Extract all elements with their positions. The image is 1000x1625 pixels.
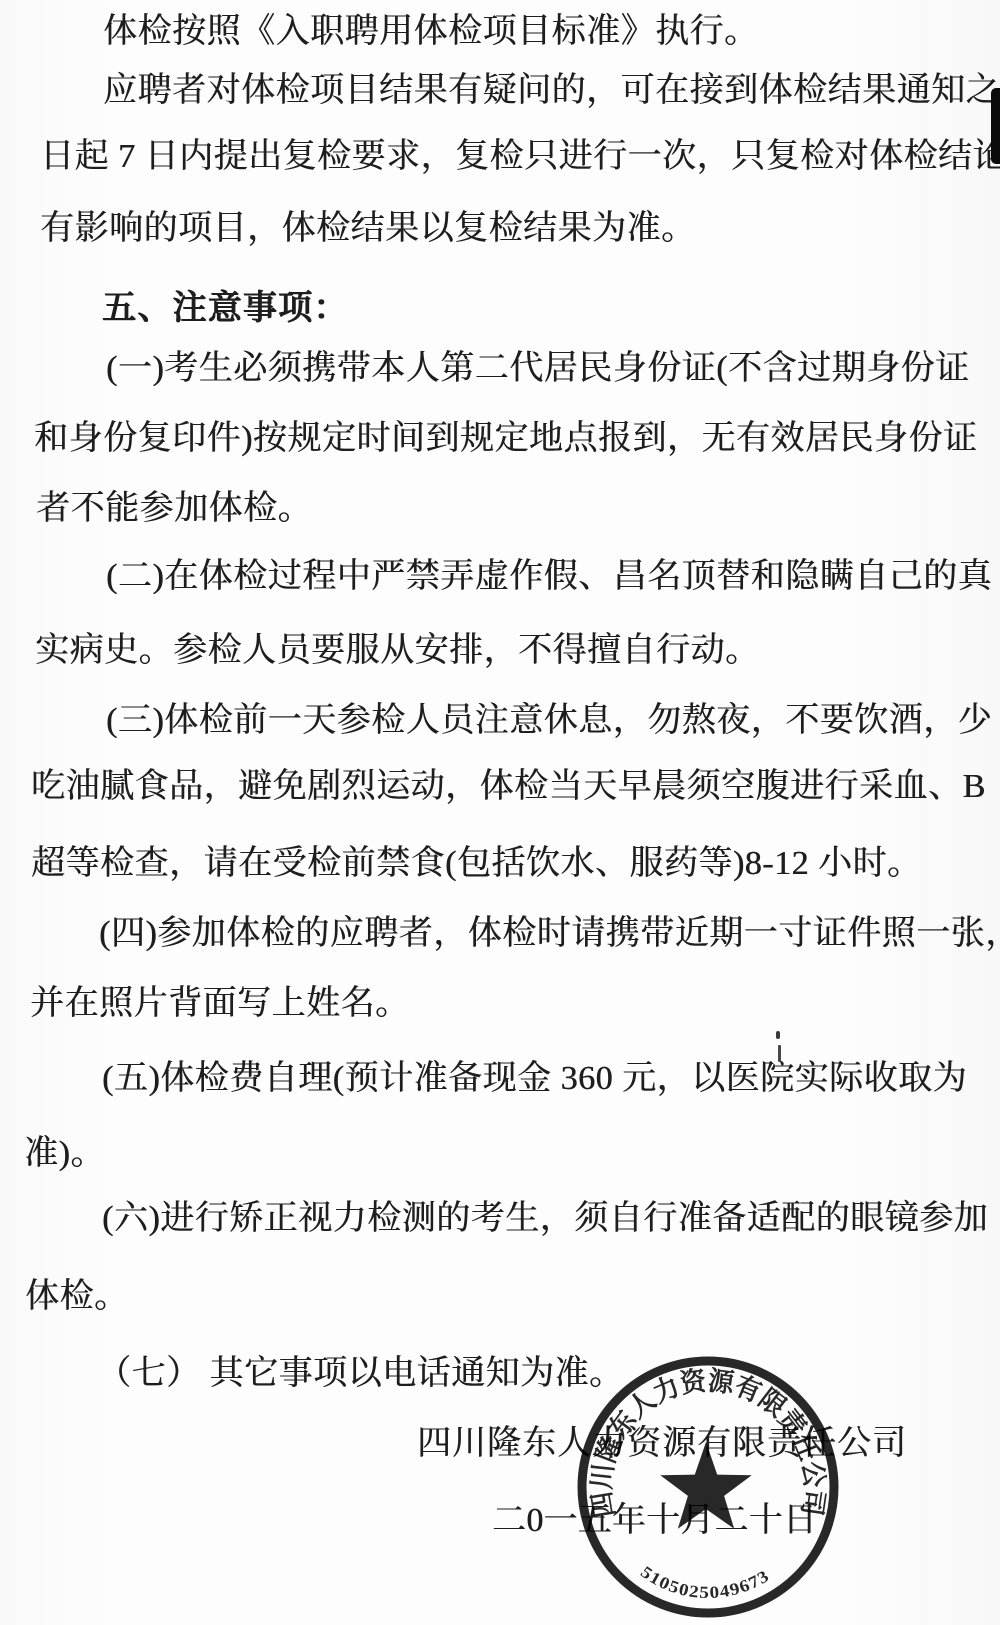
para-recheck-line-2: 日起 7 日内提出复检要求，复检只进行一次，只复检对体检结论 (40, 137, 1000, 177)
note-item-4-line-1: (四)参加体检的应聘者，体检时请携带近期一寸证件照一张， (99, 914, 1000, 954)
note-item-6-line-2: 体检。 (25, 1277, 129, 1317)
para-recheck-line-3: 有影响的项目，体检结果以复检结果为准。 (40, 209, 696, 249)
scanned-document-page: 体检按照《入职聘用体检项目标准》执行。 应聘者对体检项目结果有疑问的，可在接到体… (0, 0, 1000, 1625)
signature-date: 二0一五年十月二十日 (492, 1501, 817, 1541)
note-item-5-line-1: (五)体检费自理(预计准备现金 360 元，以医院实际收取为 (102, 1059, 967, 1099)
seal-serial-number: 5105025049673 (637, 1562, 773, 1602)
note-item-1-line-1: (一)考生必须携带本人第二代居民身份证(不含过期身份证 (106, 349, 969, 389)
note-item-3-line-1: (三)体检前一天参检人员注意休息，勿熬夜，不要饮酒，少 (106, 701, 992, 741)
para-recheck-line-1: 应聘者对体检项目结果有疑问的，可在接到体检结果通知之 (103, 71, 1000, 111)
para-exam-standard: 体检按照《入职聘用体检项目标准》执行。 (103, 12, 759, 52)
scan-edge-artifact (991, 88, 1000, 164)
note-item-6-line-1: (六)进行矫正视力检测的考生，须自行准备适配的眼镜参加 (102, 1199, 988, 1239)
note-item-3-line-2: 吃油腻食品，避免剧烈运动，体检当天早晨须空腹进行采血、B (31, 767, 986, 807)
note-item-5-line-2: 准)。 (24, 1134, 105, 1174)
note-item-1-line-3: 者不能参加体检。 (36, 489, 312, 529)
seal-ring (582, 1361, 834, 1613)
scan-speck-artifact (776, 1031, 780, 1039)
signature-company-name: 四川隆东人力资源有限责任公司 (417, 1424, 907, 1464)
section-heading-notes: 五、注意事项： (102, 289, 348, 329)
note-item-7: （七） 其它事项以电话通知为准。 (97, 1354, 624, 1394)
note-item-3-line-3: 超等检查，请在受检前禁食(包括饮水、服药等)8-12 小时。 (31, 844, 921, 884)
note-item-4-line-2: 并在照片背面写上姓名。 (30, 984, 410, 1024)
scan-speck-artifact (778, 1045, 781, 1062)
note-item-2-line-1: (二)在体检过程中严禁弄虚作假、昌名顶替和隐瞒自己的真 (106, 557, 992, 597)
note-item-2-line-2: 实病史。参检人员要服从安排，不得擅自行动。 (35, 631, 760, 671)
note-item-1-line-2: 和身份复印件)按规定时间到规定地点报到，无有效居民身份证 (34, 419, 977, 459)
